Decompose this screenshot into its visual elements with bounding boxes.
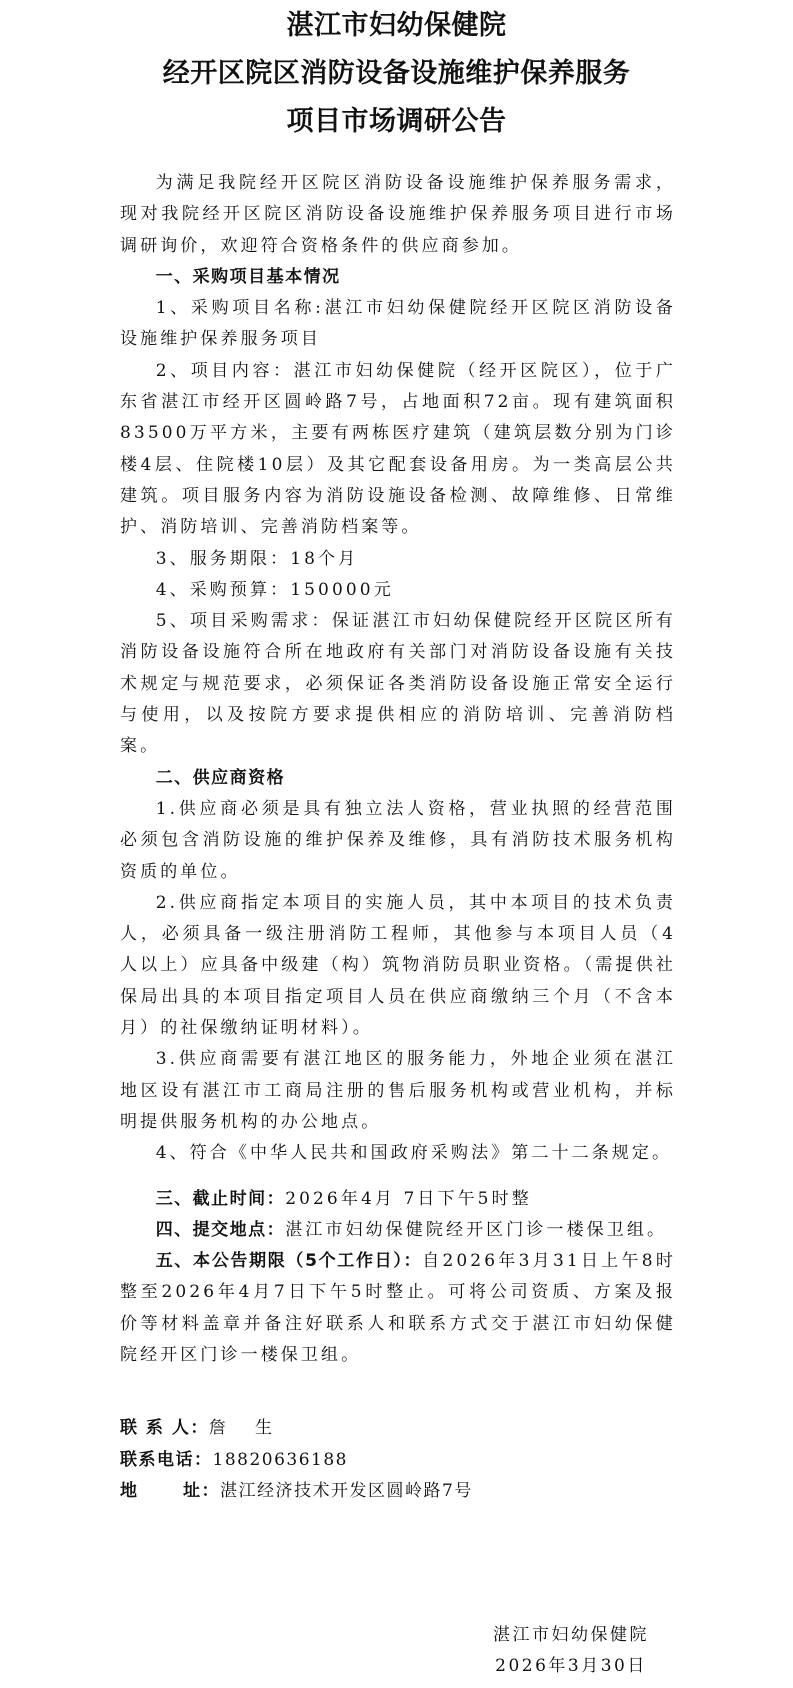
title-line-1: 湛江市妇幼保健院: [0, 0, 793, 48]
section-3-heading: 三、截止时间：: [156, 1189, 286, 1209]
section-3-value: 2026年4月 7日下午5时整: [285, 1189, 532, 1209]
section-5-heading: 五、本公告期限（5个工作日）：: [156, 1251, 423, 1271]
contact-phone-value: 18820636188: [213, 1450, 348, 1470]
title-line-2: 经开区院区消防设备设施维护保养服务: [0, 48, 793, 96]
contact-address-row: 地 址：湛江经济技术开发区圆岭路7号: [120, 1476, 676, 1507]
document-body: 为满足我院经开区院区消防设备设施维护保养服务需求，现对我院经开区院区消防设备设施…: [120, 168, 676, 1507]
section-2-heading: 二、供应商资格: [120, 763, 676, 794]
section-5-period: 五、本公告期限（5个工作日）：自2026年3月31日上午8时整至2026年4月7…: [120, 1246, 676, 1371]
announcement-page: 湛江市妇幼保健院 经开区院区消防设备设施维护保养服务 项目市场调研公告 为满足我…: [0, 0, 793, 1688]
section-1-heading: 一、采购项目基本情况: [120, 262, 676, 293]
document-title: 湛江市妇幼保健院 经开区院区消防设备设施维护保养服务 项目市场调研公告: [0, 0, 793, 144]
signature-block: 湛江市妇幼保健院 2026年3月30日: [466, 1620, 676, 1682]
section-4-location: 四、提交地点：湛江市妇幼保健院经开区门诊一楼保卫组。: [120, 1215, 676, 1246]
section-1-item-4: 4、采购预算：150000元: [120, 575, 676, 606]
contact-address-label: 地 址：: [120, 1476, 220, 1507]
section-1-item-1: 1、采购项目名称:湛江市妇幼保健院经开区院区消防设备设施维护保养服务项目: [120, 293, 676, 356]
section-2-item-3: 3.供应商需要有湛江地区的服务能力，外地企业须在湛江地区设有湛江市工商局注册的售…: [120, 1044, 676, 1138]
contact-person-row: 联 系 人：詹 生: [120, 1413, 676, 1444]
contact-person-value: 詹 生: [209, 1418, 274, 1438]
contact-phone-label: 联系电话：: [120, 1445, 213, 1476]
section-3-deadline: 三、截止时间：2026年4月 7日下午5时整: [120, 1184, 676, 1215]
section-2-item-1: 1.供应商必须是具有独立法人资格，营业执照的经营范围必须包含消防设施的维护保养及…: [120, 794, 676, 888]
signature-org: 湛江市妇幼保健院: [466, 1620, 676, 1651]
intro-paragraph: 为满足我院经开区院区消防设备设施维护保养服务需求，现对我院经开区院区消防设备设施…: [120, 168, 676, 262]
section-2-item-4: 4、符合《中华人民共和国政府采购法》第二十二条规定。: [120, 1138, 676, 1169]
contact-person-label: 联 系 人：: [120, 1413, 209, 1444]
signature-date: 2026年3月30日: [466, 1651, 676, 1682]
section-1-item-5: 5、项目采购需求：保证湛江市妇幼保健院经开区院区所有消防设备设施符合所在地政府有…: [120, 606, 676, 762]
section-4-heading: 四、提交地点：: [156, 1220, 286, 1240]
section-1-item-2: 2、项目内容：湛江市妇幼保健院（经开区院区），位于广东省湛江市经开区圆岭路7号，…: [120, 356, 676, 544]
contact-phone-row: 联系电话：18820636188: [120, 1445, 676, 1476]
spacer: [120, 1170, 676, 1184]
contact-address-value: 湛江经济技术开发区圆岭路7号: [220, 1481, 473, 1501]
spacer: [120, 1371, 676, 1413]
section-1-item-3: 3、服务期限：18个月: [120, 544, 676, 575]
title-line-3: 项目市场调研公告: [0, 96, 793, 144]
section-2-item-2: 2.供应商指定本项目的实施人员，其中本项目的技术负责人，必须具备一级注册消防工程…: [120, 888, 676, 1044]
section-4-value: 湛江市妇幼保健院经开区门诊一楼保卫组。: [285, 1220, 667, 1240]
